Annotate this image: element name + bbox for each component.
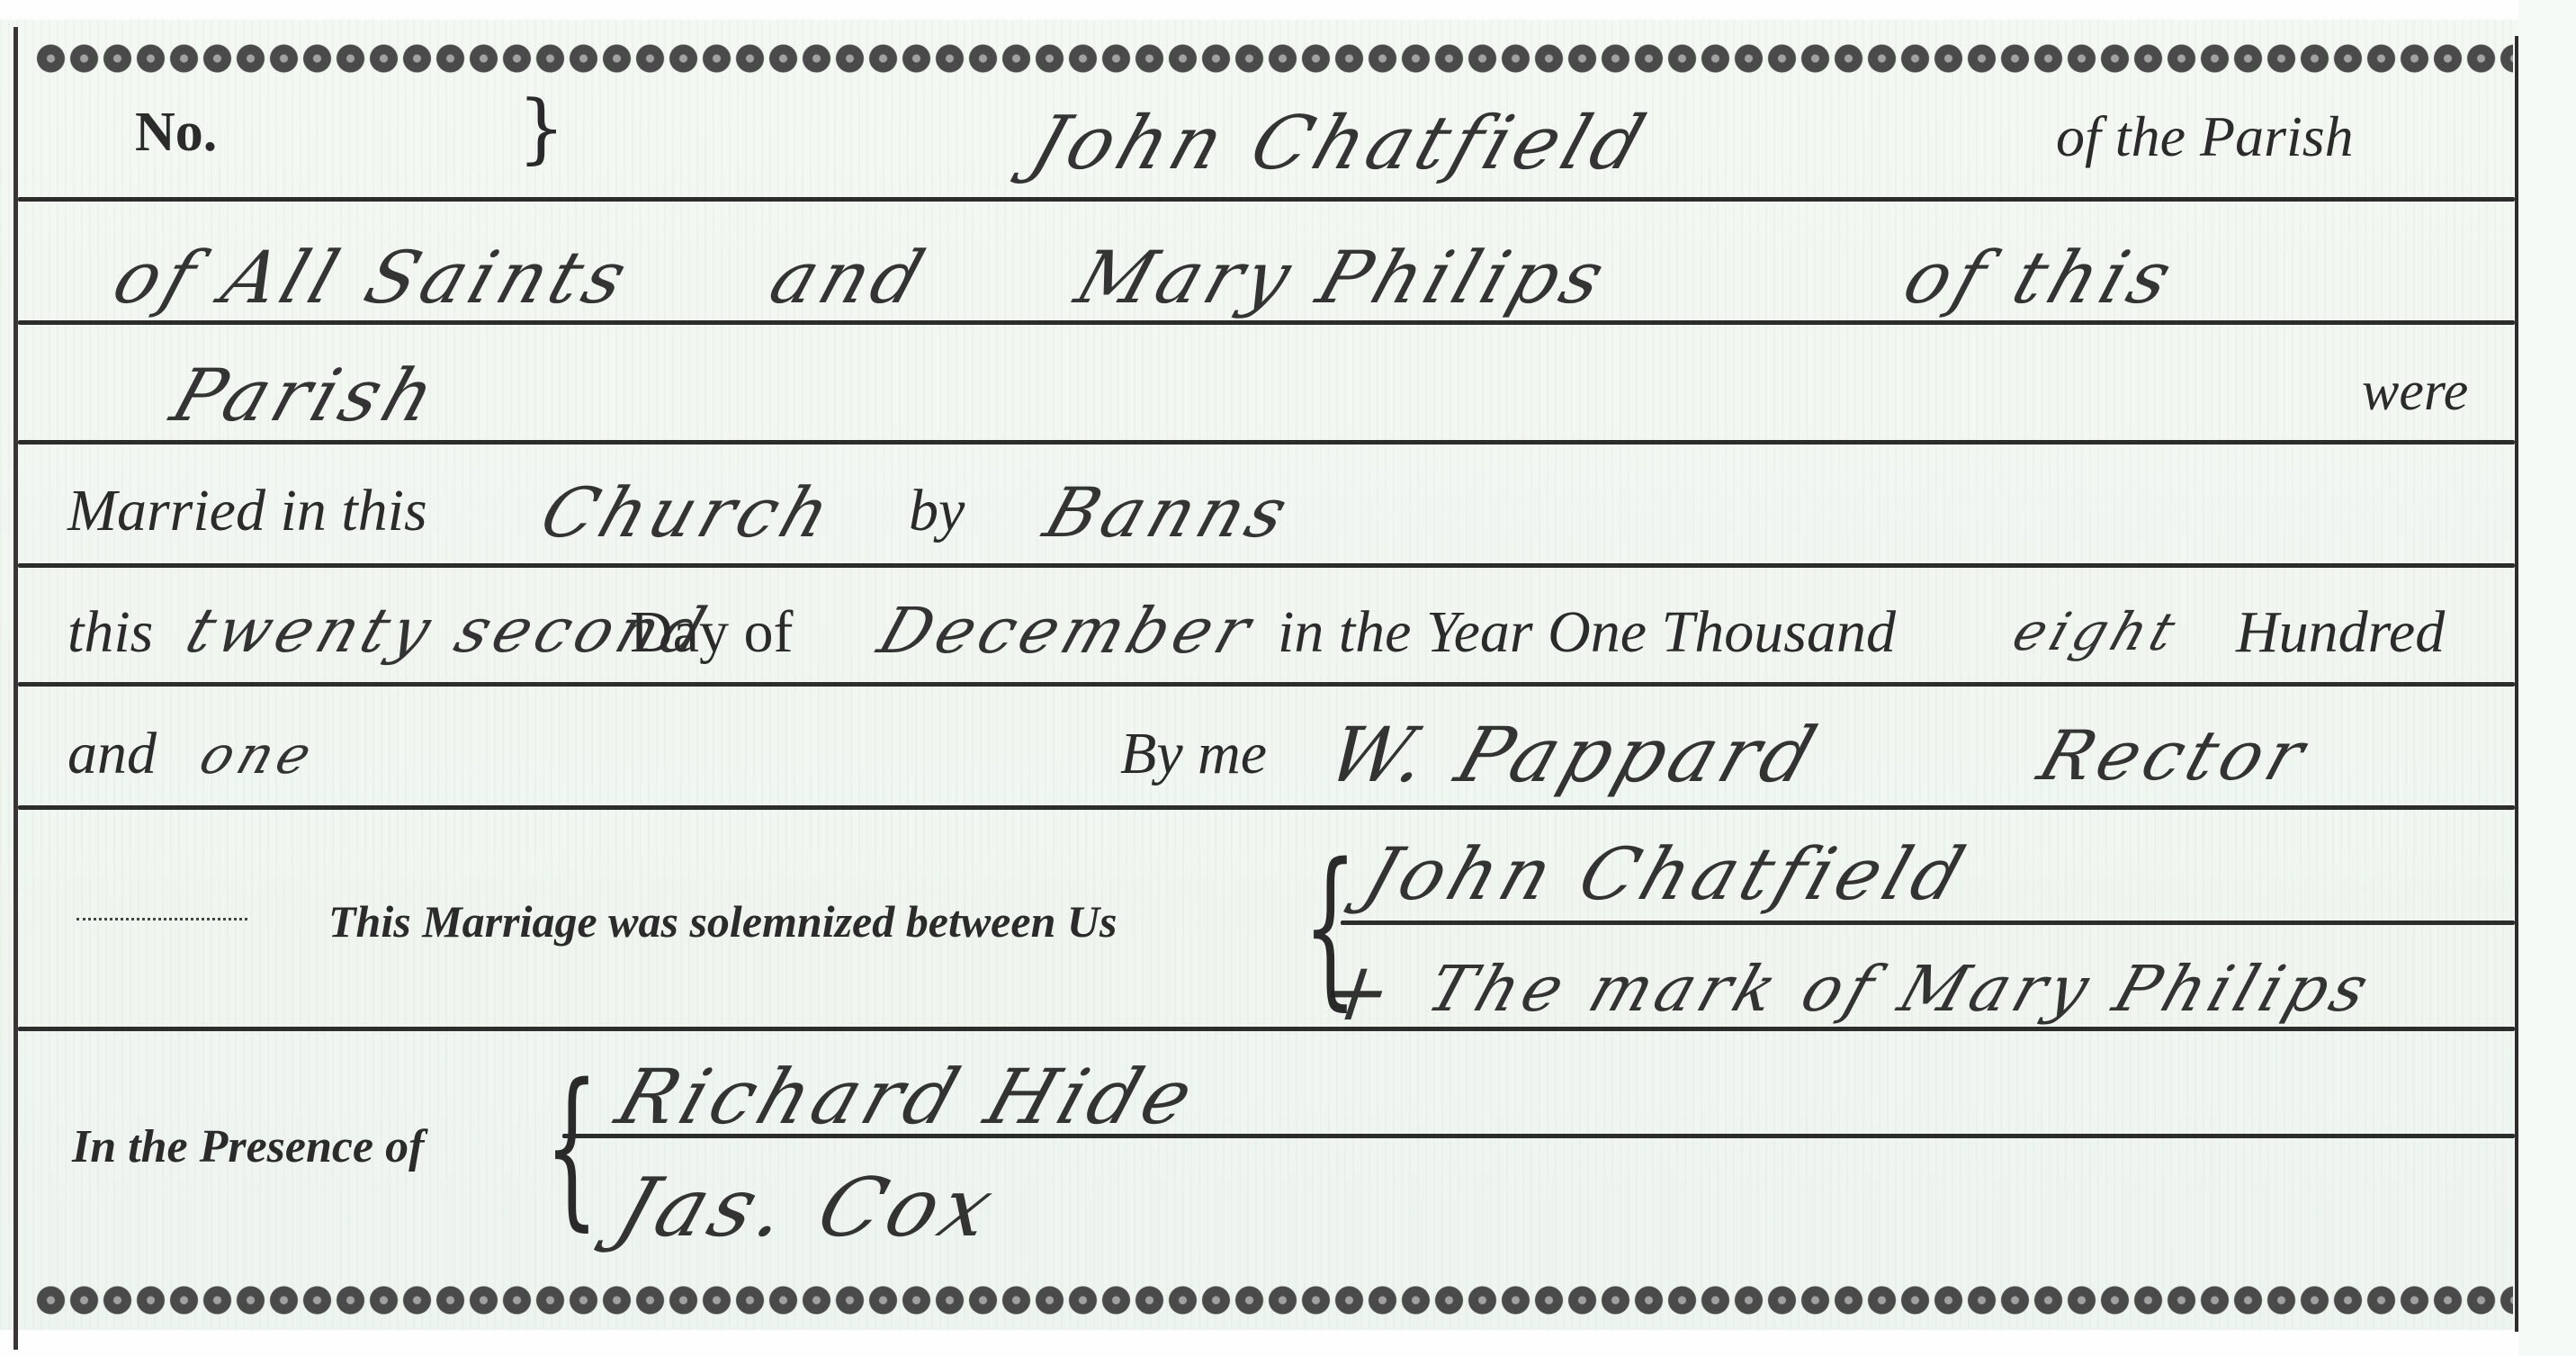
hundred-label: Hundred	[2236, 598, 2445, 667]
rule-2	[18, 320, 2515, 325]
groom-signature: John Chatfield	[1354, 832, 1979, 916]
witnesses-brace: {	[544, 1062, 598, 1233]
scan-top-margin	[0, 0, 2576, 20]
rule-1	[18, 197, 2515, 202]
place-of-marriage: Church	[532, 472, 846, 552]
of-the-parish-label: of the Parish	[2056, 103, 2354, 170]
year-label: in the Year One Thousand	[1278, 598, 1896, 667]
century-value: eight	[2006, 601, 2188, 662]
by-me-label: By me	[1120, 720, 1267, 788]
presence-label: In the Presence of	[72, 1120, 424, 1173]
witness-2-signature: Jas. Cox	[606, 1161, 1010, 1255]
rule-3	[18, 440, 2515, 445]
groom-name: John Chatfield	[1021, 101, 1660, 186]
were-label: were	[2362, 360, 2468, 424]
right-border-line	[2515, 36, 2518, 1332]
leader-dots	[76, 918, 247, 920]
witness-1-line	[562, 1134, 2515, 1138]
officiant-signature: W. Pappard	[1317, 711, 1831, 799]
witness-1-signature: Richard Hide	[606, 1053, 1208, 1141]
no-label: No.	[135, 101, 217, 165]
rule-4	[18, 563, 2515, 568]
and-label: and	[67, 720, 157, 788]
day-of-label: Day of	[630, 598, 793, 667]
bride-signature: The mark of Mary Philips	[1419, 952, 2383, 1026]
month-value: December	[870, 594, 1265, 668]
this-label: this	[67, 598, 153, 667]
officiant-title: Rector	[2030, 715, 2320, 795]
bride-parish-prefix: of this	[1894, 236, 2187, 319]
rule-7	[18, 1027, 2515, 1031]
groom-parish: of All Saints	[103, 236, 642, 319]
married-in-this-label: Married in this	[67, 477, 427, 545]
marriage-method: Banns	[1036, 472, 1303, 552]
top-rosette-border	[34, 40, 2513, 76]
by-label: by	[909, 477, 965, 545]
page-right-margin	[2518, 0, 2576, 1356]
left-border-line	[13, 27, 18, 1350]
bride-parish: Parish	[162, 354, 451, 437]
no-brace: }	[517, 90, 565, 166]
groom-signature-line	[1341, 920, 2515, 925]
rule-5	[18, 682, 2515, 687]
and-connector: and	[760, 236, 939, 319]
scan-bottom-margin	[0, 1330, 2576, 1356]
year-value: one	[193, 724, 325, 786]
rule-6	[18, 805, 2515, 810]
bride-name: Mary Philips	[1066, 236, 1620, 319]
solemnized-label: This Marriage was solemnized between Us	[328, 895, 1117, 947]
bottom-rosette-border	[34, 1282, 2513, 1318]
